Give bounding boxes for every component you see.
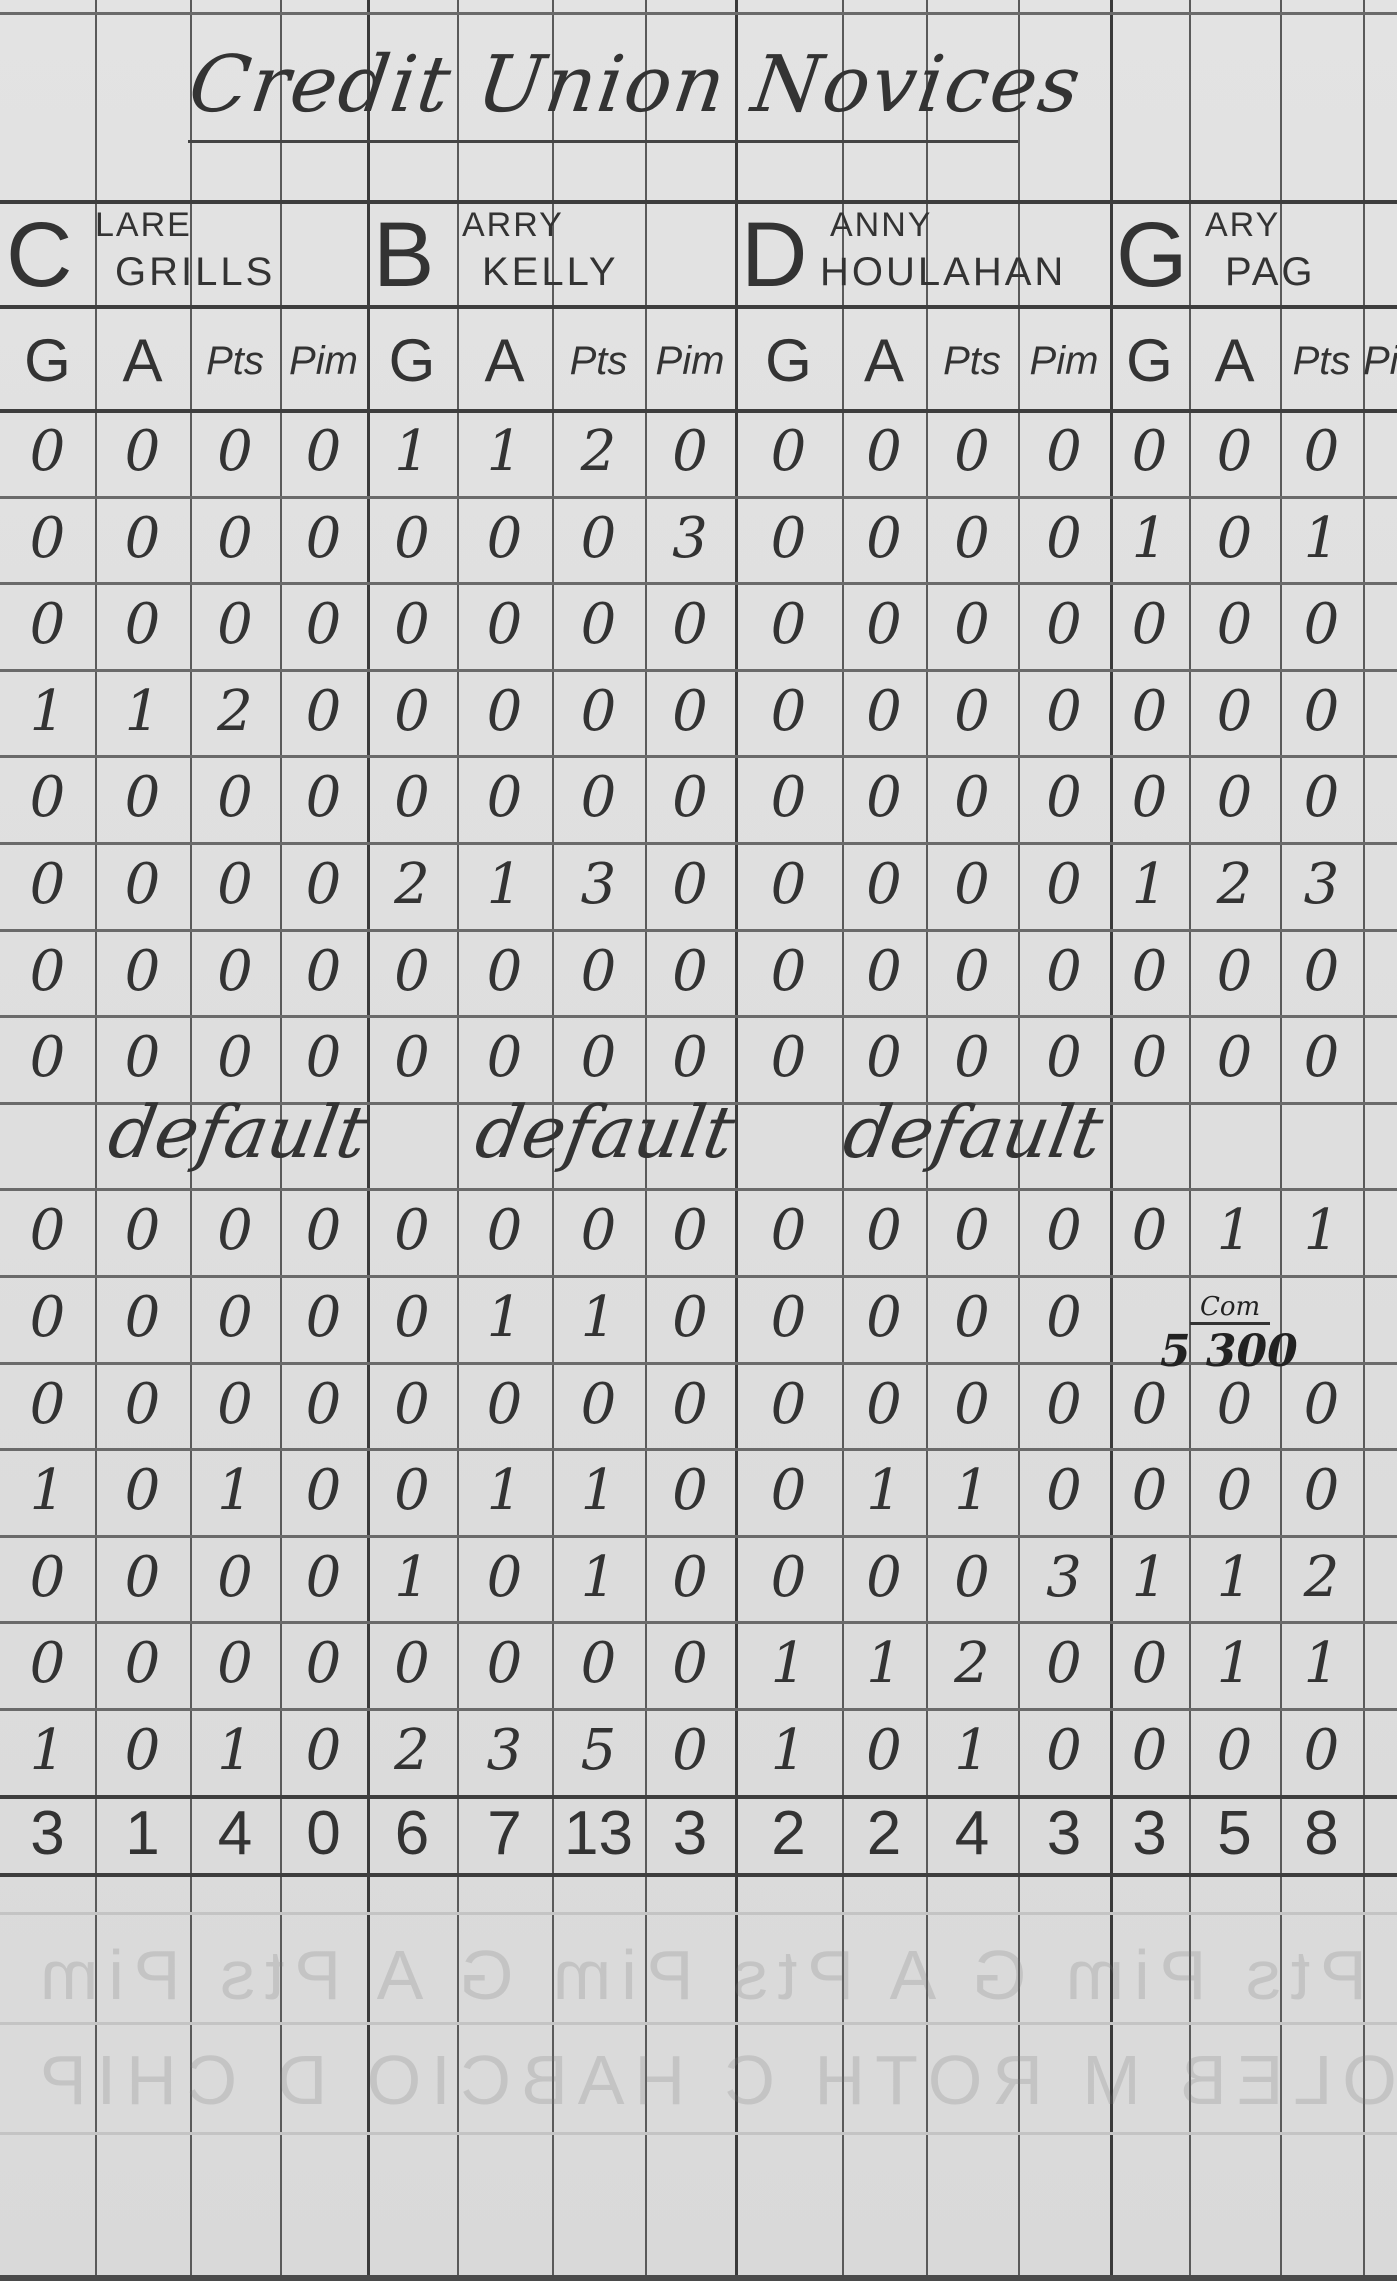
annotation-bottom: 5 300 [1160,1326,1298,1377]
stat-cell: 0 [1110,1188,1189,1275]
stat-cell: 0 [1280,582,1363,669]
stat-cell: 0 [1018,1188,1110,1275]
stat-cell: 0 [1189,1708,1280,1795]
total-cell: 2 [735,1795,842,1873]
column-label-g: G [735,318,842,404]
stat-cell: 1 [735,1708,842,1795]
stat-cell: 0 [645,669,735,756]
stat-cell: 1 [457,1448,552,1535]
total-cell: 4 [190,1795,280,1873]
stat-cell: 1 [1280,1188,1363,1275]
stat-cell: 0 [95,496,190,583]
stat-cell: 0 [190,1188,280,1275]
player-initial: C [6,208,72,303]
stat-cell: 1 [1189,1535,1280,1622]
stat-cell: 0 [280,496,367,583]
stat-cell: 0 [926,755,1018,842]
page-title: Credit Union Novices [184,40,1088,130]
stat-cell: 1 [735,1621,842,1708]
player-last-name: KELLY [482,250,619,295]
stat-cell: 0 [367,755,457,842]
total-cell: 1 [95,1795,190,1873]
stat-cell: 1 [1110,842,1189,929]
stat-cell: 0 [280,1188,367,1275]
stat-cell: 0 [457,1362,552,1449]
player-initial: D [741,208,807,303]
stat-cell: 0 [735,929,842,1016]
column-label-a: A [95,318,190,404]
stat-cell: 0 [367,1015,457,1102]
column-label-pts: Pts [552,318,645,404]
stat-cell: 0 [842,755,926,842]
total-cell: 7 [457,1795,552,1873]
stat-cell: 0 [280,409,367,496]
stat-cell: 1 [926,1708,1018,1795]
stat-cell: 0 [1280,409,1363,496]
stat-cell: 0 [1018,669,1110,756]
column-label-a: A [457,318,552,404]
stat-cell: 0 [95,1535,190,1622]
stat-cell: 1 [457,409,552,496]
stat-cell: 1 [190,1708,280,1795]
stat-cell: 1 [1189,1621,1280,1708]
stat-cell: 0 [367,1275,457,1362]
stat-cell: 0 [1110,409,1189,496]
total-cell [1363,1795,1397,1873]
stat-cell: 0 [842,1535,926,1622]
stat-cell: 0 [0,755,95,842]
stat-cell: 0 [1110,582,1189,669]
stat-cell: 0 [1018,1362,1110,1449]
column-label-pts: Pts [1280,318,1363,404]
total-cell: 3 [645,1795,735,1873]
stat-cell: 0 [842,929,926,1016]
stat-cell: 0 [645,1708,735,1795]
grid-horizontal-line [0,12,1397,15]
column-label-a: A [1189,318,1280,404]
stat-cell [1363,1535,1397,1622]
stat-cell: 3 [457,1708,552,1795]
stat-cell: 0 [842,669,926,756]
stat-cell: 0 [190,1275,280,1362]
stat-cell: 0 [457,1535,552,1622]
stat-cell: 0 [1018,842,1110,929]
stat-cell: 0 [1280,1708,1363,1795]
stat-cell [1363,409,1397,496]
stat-cell: 0 [735,409,842,496]
stat-cell: 0 [735,1188,842,1275]
stat-cell: 0 [1189,1015,1280,1102]
stat-cell: 0 [95,1448,190,1535]
stat-cell: 0 [842,582,926,669]
stat-cell: 0 [1189,669,1280,756]
stat-cell: 0 [280,929,367,1016]
stat-cell: 0 [0,1362,95,1449]
total-cell: 4 [926,1795,1018,1873]
stat-cell: 0 [926,582,1018,669]
stat-cell: 0 [552,929,645,1016]
stat-cell: 0 [645,582,735,669]
stat-cell: 0 [842,1015,926,1102]
stat-cell: 0 [367,582,457,669]
stat-cell: 1 [842,1621,926,1708]
stat-cell: 0 [280,755,367,842]
stat-cell: 0 [1018,1621,1110,1708]
title-underline [188,140,1018,143]
column-label-g: G [367,318,457,404]
stat-cell: 0 [95,582,190,669]
stat-cell: 1 [926,1448,1018,1535]
stat-cell: 0 [735,1535,842,1622]
default-note: default [103,1090,374,1174]
stat-cell: 0 [735,842,842,929]
stat-cell: 0 [367,496,457,583]
stat-cell: 0 [1018,582,1110,669]
stat-cell [1363,582,1397,669]
stat-cell: 0 [1110,1448,1189,1535]
stat-cell: 0 [842,1362,926,1449]
stat-cell [1363,842,1397,929]
stat-cell: 0 [1189,929,1280,1016]
stat-cell: 0 [552,755,645,842]
stat-cell: 0 [842,1275,926,1362]
stat-cell: 2 [1189,842,1280,929]
stat-cell: 0 [95,1015,190,1102]
total-cell: 6 [367,1795,457,1873]
total-cell: 2 [842,1795,926,1873]
stat-cell: 0 [190,1362,280,1449]
stat-cell [1363,1448,1397,1535]
stat-cell: 0 [1018,1275,1110,1362]
stat-cell: 0 [95,409,190,496]
stat-cell: 1 [367,1535,457,1622]
total-cell: 3 [1110,1795,1189,1873]
player-header: CLAREGRILLS [0,208,367,303]
stat-cell: 0 [645,1448,735,1535]
stat-cell: 0 [842,1188,926,1275]
column-label-pts: Pts [926,318,1018,404]
stat-cell: 0 [645,1621,735,1708]
stat-cell: 0 [1110,755,1189,842]
stat-cell: 0 [280,582,367,669]
stat-cell: 0 [0,1275,95,1362]
stat-cell: 0 [0,496,95,583]
stat-cell: 0 [280,1275,367,1362]
stat-cell [1363,1188,1397,1275]
stat-cell: 0 [457,929,552,1016]
stat-cell: 0 [457,669,552,756]
stat-cell: 0 [645,1362,735,1449]
stat-cell: 1 [1280,1621,1363,1708]
stat-cell: 0 [735,1275,842,1362]
scoresheet-page: Credit Union Novices CLAREGRILLSBARRYKEL… [0,0,1397,2281]
total-cell: 3 [1018,1795,1110,1873]
stat-cell: 0 [926,669,1018,756]
stat-cell: 0 [95,1621,190,1708]
stat-cell: 0 [1110,1708,1189,1795]
stat-cell: 1 [0,1708,95,1795]
total-cell: 8 [1280,1795,1363,1873]
stat-cell: 0 [1280,929,1363,1016]
stat-cell: 0 [735,1362,842,1449]
stat-cell: 0 [735,582,842,669]
stat-cell: 0 [645,929,735,1016]
player-header: DANNYHOULAHAN [735,208,1110,303]
stat-cell: 0 [1018,496,1110,583]
stat-cell: 0 [280,1621,367,1708]
stat-cell: 3 [1280,842,1363,929]
stat-cell: 0 [1189,409,1280,496]
stat-cell: 0 [552,1188,645,1275]
stat-cell: 0 [1110,1621,1189,1708]
stat-cell: 0 [1280,669,1363,756]
stat-cell: 2 [367,842,457,929]
stat-cell: 0 [1110,929,1189,1016]
stat-cell: 2 [926,1621,1018,1708]
stat-cell: 0 [0,929,95,1016]
stat-cell: 1 [95,669,190,756]
stat-cell: 0 [552,1621,645,1708]
stat-cell: 0 [735,1448,842,1535]
stat-cell [1363,1621,1397,1708]
stat-cell: 0 [926,496,1018,583]
stat-cell [1363,669,1397,756]
bleed-through-text-2: B OLEB M ROTH C HABCIO D CHIP [30,2040,1397,2120]
stat-cell: 0 [842,496,926,583]
stat-cell: 0 [552,496,645,583]
stat-cell: 0 [735,496,842,583]
stat-cell: 0 [190,1621,280,1708]
stat-cell: 0 [95,929,190,1016]
stat-cell: 0 [95,842,190,929]
column-label-pim: Pim [645,318,735,404]
stat-cell: 1 [0,669,95,756]
annotation-top: Com [1190,1292,1270,1325]
stat-cell: 0 [1018,409,1110,496]
column-label-pim: Pim [280,318,367,404]
stat-cell: 0 [842,1708,926,1795]
player-last-name: HOULAHAN [820,250,1066,295]
stat-cell: 0 [926,1535,1018,1622]
stat-cell: 1 [1110,1535,1189,1622]
stat-cell: 0 [190,1015,280,1102]
player-first-name: ARY [1205,206,1280,245]
stat-cell: 0 [95,755,190,842]
stat-cell: 1 [552,1535,645,1622]
player-initial: B [373,208,434,303]
stat-cell [1363,929,1397,1016]
stat-cell: 0 [0,1621,95,1708]
stat-cell: 0 [457,1621,552,1708]
player-header: BARRYKELLY [367,208,735,303]
stat-cell: 0 [1018,1015,1110,1102]
faint-grid-line [0,2022,1397,2025]
stat-cell: 1 [367,409,457,496]
stat-cell: 0 [1018,1448,1110,1535]
stat-cell: 0 [95,1708,190,1795]
stat-cell: 0 [1280,1448,1363,1535]
player-initial: G [1116,208,1188,303]
stat-cell: 1 [457,1275,552,1362]
player-first-name: LARE [95,206,192,245]
stat-cell: 0 [190,582,280,669]
stat-cell: 3 [1018,1535,1110,1622]
stat-cell: 5 [552,1708,645,1795]
stat-cell: 0 [280,1448,367,1535]
stat-cell: 0 [1189,582,1280,669]
stat-cell: 0 [95,1362,190,1449]
stat-cell: 0 [842,842,926,929]
stat-cell: 2 [552,409,645,496]
stat-cell: 0 [552,1015,645,1102]
default-note: default [470,1090,741,1174]
stat-cell: 0 [645,1535,735,1622]
stat-cell: 0 [926,1362,1018,1449]
stat-cell: 0 [95,1275,190,1362]
stat-cell: 0 [367,1448,457,1535]
stat-cell: 0 [926,1275,1018,1362]
stat-cell: 0 [0,409,95,496]
stat-cell: 2 [367,1708,457,1795]
page-bottom-edge [0,2275,1397,2281]
stat-cell: 0 [280,842,367,929]
stat-cell: 0 [1280,1015,1363,1102]
stat-cell: 0 [367,1621,457,1708]
stat-cell: 0 [457,1188,552,1275]
stat-cell: 0 [645,755,735,842]
stat-cell: 2 [190,669,280,756]
stat-cell [1363,496,1397,583]
default-note: default [838,1090,1109,1174]
stat-cell [1363,1708,1397,1795]
stat-cell: 0 [190,1535,280,1622]
totals-bottom-line [0,1873,1397,1877]
stat-cell: 0 [926,409,1018,496]
stat-cell: 0 [457,582,552,669]
stat-cell: 0 [280,1535,367,1622]
stat-cell: 0 [0,1535,95,1622]
stat-cell: 0 [842,409,926,496]
stat-cell: 0 [190,409,280,496]
total-cell: 3 [0,1795,95,1873]
handwritten-annotation: Com 5 300 [1120,1296,1390,1376]
column-label-a: A [842,318,926,404]
column-label-g: G [1110,318,1189,404]
stat-cell: 0 [367,1188,457,1275]
bleed-through-text-1: C A Pts Pim G A Pts Pim G A Pts Pim [30,1935,1397,2015]
stat-cell: 0 [1189,755,1280,842]
stat-cell: 0 [735,669,842,756]
stat-cell: 0 [1189,1448,1280,1535]
stat-cell [1363,1015,1397,1102]
stat-cell: 0 [552,669,645,756]
stat-cell [1363,755,1397,842]
total-cell: 13 [552,1795,645,1873]
stat-cell: 0 [645,1188,735,1275]
stat-cell: 0 [926,929,1018,1016]
stat-cell: 0 [367,929,457,1016]
total-cell: 5 [1189,1795,1280,1873]
stat-cell: 0 [1018,929,1110,1016]
stat-cell: 0 [190,496,280,583]
stat-cell: 0 [457,755,552,842]
stat-cell: 0 [926,1015,1018,1102]
stat-cell: 0 [280,1015,367,1102]
player-last-name: GRILLS [115,250,275,295]
stat-cell: 1 [0,1448,95,1535]
stat-cell: 0 [1110,1015,1189,1102]
column-label-pim: Pim [1018,318,1110,404]
stat-cell: 0 [645,842,735,929]
player-first-name: ARRY [462,206,564,245]
stat-cell: 0 [367,669,457,756]
faint-grid-line [0,2132,1397,2135]
stat-cell: 0 [0,1015,95,1102]
player-first-name: ANNY [830,206,932,245]
stat-cell: 0 [280,669,367,756]
stat-cell: 0 [1110,669,1189,756]
stat-cell: 0 [1018,755,1110,842]
stat-cell: 0 [367,1362,457,1449]
column-label-pts: Pts [190,318,280,404]
stat-cell: 0 [0,1188,95,1275]
stat-cell: 0 [645,409,735,496]
total-cell: 0 [280,1795,367,1873]
stat-cell: 2 [1280,1535,1363,1622]
stat-cell: 0 [1018,1708,1110,1795]
stat-cell: 1 [1280,496,1363,583]
column-label-pim: Pim [1363,318,1397,404]
stat-cell: 0 [552,1362,645,1449]
stat-cell: 0 [645,1275,735,1362]
stat-cell: 1 [1110,496,1189,583]
stat-cell: 0 [457,1015,552,1102]
stat-cell: 0 [190,755,280,842]
stat-cell: 1 [842,1448,926,1535]
column-label-g: G [0,318,95,404]
stat-cell: 1 [1189,1188,1280,1275]
stat-cell: 0 [280,1708,367,1795]
stat-cell: 0 [190,842,280,929]
stat-cell: 0 [95,1188,190,1275]
player-last-name: PAG [1225,250,1316,295]
stat-cell: 0 [552,582,645,669]
stat-cell: 0 [0,582,95,669]
stat-cell: 0 [190,929,280,1016]
stat-cell: 1 [190,1448,280,1535]
stat-cell: 1 [457,842,552,929]
stat-cell: 0 [280,1362,367,1449]
stat-cell: 0 [457,496,552,583]
stat-cell: 1 [552,1275,645,1362]
stat-cell: 3 [645,496,735,583]
stat-cell: 0 [0,842,95,929]
stat-cell: 1 [552,1448,645,1535]
player-header: GARYPAG [1110,208,1397,303]
stat-cell: 0 [645,1015,735,1102]
stat-cell: 0 [735,755,842,842]
stat-cell: 0 [1189,496,1280,583]
stat-cell: 3 [552,842,645,929]
stat-cell: 0 [926,1188,1018,1275]
stat-cell: 0 [926,842,1018,929]
stat-cell: 0 [1280,755,1363,842]
faint-grid-line [0,1912,1397,1915]
stat-cell: 0 [735,1015,842,1102]
